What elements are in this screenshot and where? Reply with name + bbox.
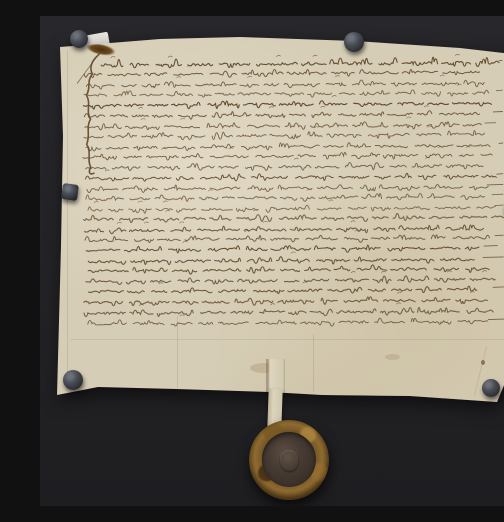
pin-bottom-right [482,379,500,397]
wax-seal [244,415,334,505]
pin-top-left [70,30,88,48]
pin-bottom-left [63,370,83,390]
pin-top-center [344,32,364,52]
photo-stage: Parchment charter covered with dense got… [40,16,504,506]
pin-left-middle [61,183,79,201]
